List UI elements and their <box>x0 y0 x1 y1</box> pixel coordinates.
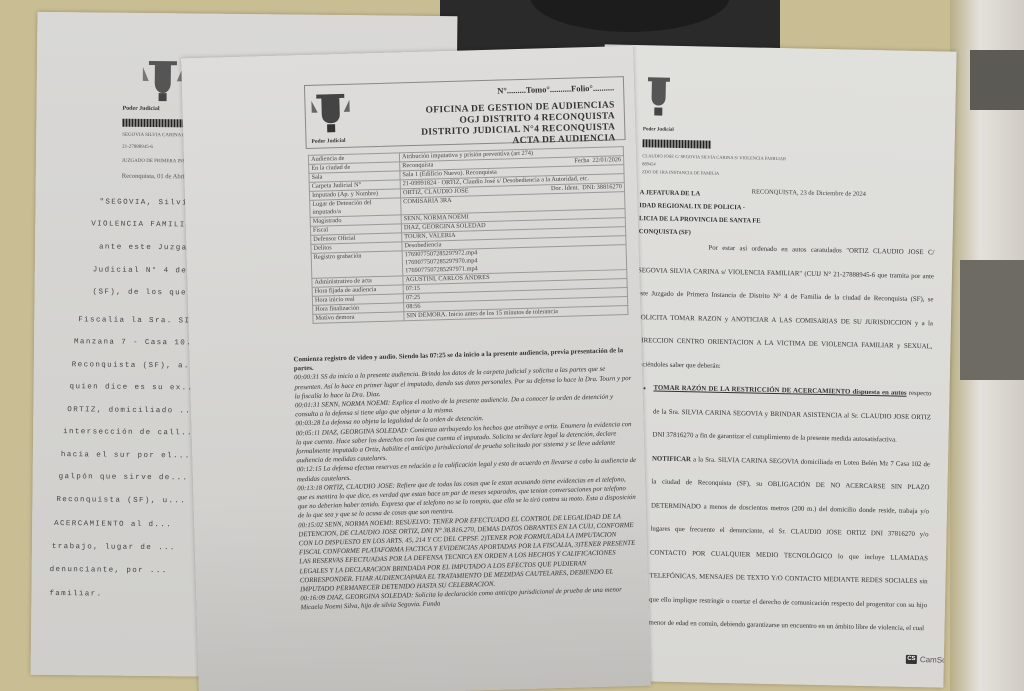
body-line: ACERCAMIENTO al d... <box>54 520 172 529</box>
camscanner-logo-icon: CS <box>906 655 917 664</box>
judicial-seal-icon <box>141 55 186 103</box>
seal-label: Poder Judicial <box>311 138 345 145</box>
fabric-background <box>950 0 1024 691</box>
transcript-entry: 00:15:02 SENN, NORMA NOEMI: RESUELVO: TE… <box>298 512 640 595</box>
header-line: 889454 <box>642 161 656 166</box>
body-line: hacia el sur por el... <box>61 451 191 460</box>
header-line: ZDO DE 1RA INSTANCIA DE FAMILIA <box>642 169 719 176</box>
judicial-seal-icon <box>310 90 351 135</box>
barcode <box>643 139 711 148</box>
order-item: TOMAR RAZÓN DE LA RESTRICCIÓN DE ACERCAM… <box>652 376 931 452</box>
hearing-transcript: Comienza registro de video y audio. Sien… <box>293 346 640 613</box>
body-line: familiar. <box>49 590 102 599</box>
body-line: trabajo, lugar de ... <box>52 543 176 552</box>
row-label: Registro grabación <box>311 251 403 279</box>
order-item: NOTIFICAR a la Sra. SILVIA CARINA SEGOVI… <box>648 447 930 641</box>
order-list: TOMAR RAZÓN DE LA RESTRICCIÓN DE ACERCAM… <box>630 376 931 641</box>
body-line: intersección de call... <box>63 428 199 437</box>
addressee-line: A JEFATURA DE LA <box>640 189 701 197</box>
document-date: RECONQUISTA, 23 de Diciembre de 2024 <box>752 188 866 197</box>
body-line: Reconquista (SF), a... <box>72 361 202 370</box>
seal-label: Poder Judicial <box>122 106 159 112</box>
body-line: (SF), de los que <box>93 288 188 297</box>
letter-body: Por estar así ordenado en autos caratula… <box>630 235 934 641</box>
body-line: galpón que sirve de... <box>59 473 189 482</box>
body-line: Manzana 7 - Casa 10... <box>74 338 204 347</box>
body-line: ORTIZ, domiciliado ... <box>67 406 197 415</box>
seal-label: Poder Judicial <box>643 127 674 133</box>
body-line: Reconquista (SF), u... <box>56 496 186 505</box>
body-line: quien dice es su ex... <box>70 383 200 392</box>
hearing-record-document: Poder Judicial N°.........Tomo°.........… <box>181 46 651 691</box>
camscanner-watermark: CSCamScanner <box>906 655 957 665</box>
addressee-line: IDAD REGIONAL IX DE POLICIA - <box>639 202 745 211</box>
row-label: Motivo demora <box>313 312 404 324</box>
body-line: denunciante, por ... <box>50 566 168 575</box>
document-title-block: N°.........Tomo°..........Folio°........… <box>420 82 616 149</box>
header-line: CLAUDIO JOSE C/ SEGOVIA SILVIA CARINA S/… <box>642 153 786 161</box>
judicial-seal-icon <box>643 73 674 118</box>
hearing-details-table: Audiencia deAtribución imputativa y pris… <box>308 146 629 324</box>
left-body: "SEGOVIA, Silvia Car...VIOLENCIA FAMILIA… <box>37 12 457 16</box>
header-line: 21-27888945-6 <box>122 145 153 150</box>
request-paragraph: Por estar así ordenado en autos caratula… <box>636 235 935 382</box>
addressee-line: LICIA DE LA PROVINCIA DE SANTA FE <box>639 215 761 225</box>
